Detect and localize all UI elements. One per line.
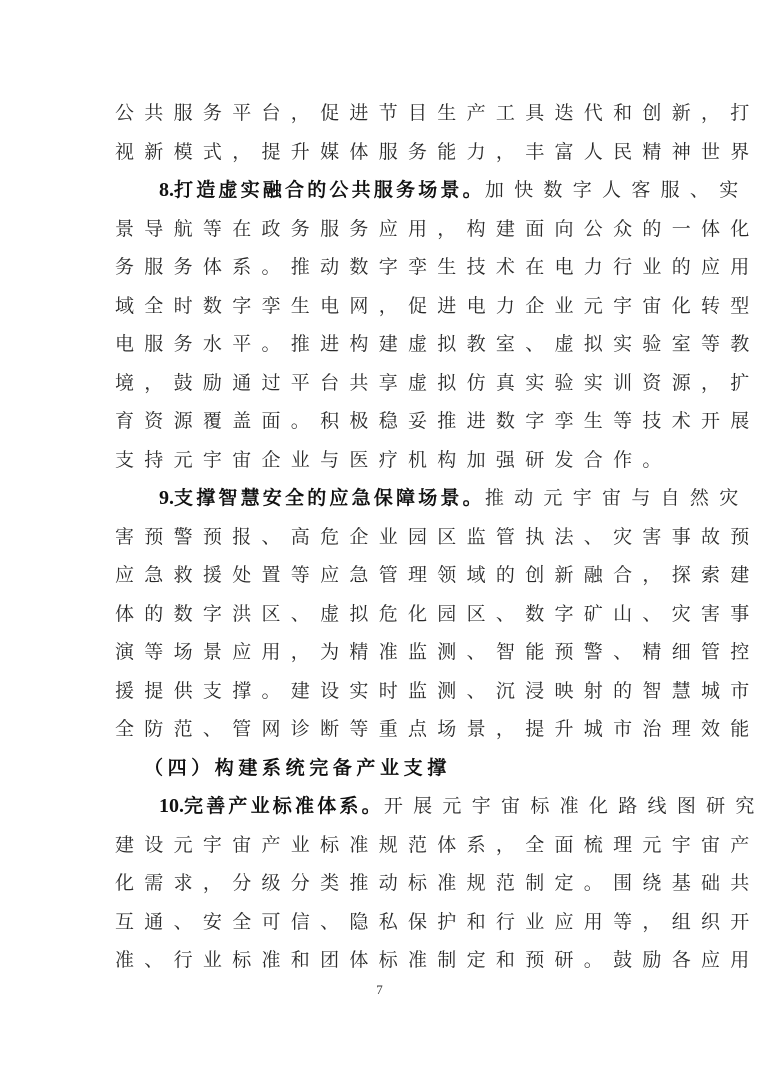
- paragraph-line: 务服务体系。推动数字孪生技术在电力行业的应用，构建全: [115, 248, 645, 287]
- item-title-text: 完善产业标准体系。: [184, 795, 384, 817]
- item-title-text: 打造虚实融合的公共服务场景。: [174, 179, 485, 201]
- item-body-text: 加快数字人客服、实: [485, 179, 749, 201]
- section-heading-text: （四）构建系统完备产业支撑: [144, 757, 451, 779]
- paragraph-line: 全防范、管网诊断等重点场景，提升城市治理效能。: [115, 710, 645, 749]
- paragraph-line: 视新模式，提升媒体服务能力，丰富人民精神世界。: [115, 133, 645, 172]
- paragraph-line: 支持元宇宙企业与医疗机构加强研发合作。: [115, 441, 645, 480]
- document-page: 公共服务平台，促进节目生产工具迭代和创新，打造未来电 视新模式，提升媒体服务能力…: [0, 0, 759, 1075]
- item-10-heading-line: 10.完善产业标准体系。开展元宇宙标准化路线图研究，: [115, 787, 645, 826]
- paragraph-line: 演等场景应用，为精准监测、智能预警、精细管控、科学救: [115, 633, 645, 672]
- item-body-text: 开展元宇宙标准化路线图研究，: [384, 795, 759, 817]
- item-8-heading-line: 8.打造虚实融合的公共服务场景。加快数字人客服、实: [115, 171, 645, 210]
- paragraph-line: 应急救援处置等应急管理领域的创新融合，探索建设虚实一: [115, 556, 645, 595]
- item-number: 8.: [159, 179, 174, 201]
- item-8-title: 8.打造虚实融合的公共服务场景。: [159, 179, 485, 201]
- paragraph-line: 准、行业标准和团体标准制定和预研。鼓励各应用行业推进: [115, 941, 645, 980]
- paragraph-line: 化需求，分级分类推动标准规范制定。围绕基础共性、互联: [115, 864, 645, 903]
- document-body: 公共服务平台，促进节目生产工具迭代和创新，打造未来电 视新模式，提升媒体服务能力…: [115, 94, 645, 980]
- paragraph-line: 援提供支撑。建设实时监测、沉浸映射的智慧城市，赋能安: [115, 672, 645, 711]
- paragraph-line: 域全时数字孪生电网，促进电力企业元宇宙化转型，提升供: [115, 287, 645, 326]
- item-9-heading-line: 9.支撑智慧安全的应急保障场景。推动元宇宙与自然灾: [115, 479, 645, 518]
- paragraph-line: 公共服务平台，促进节目生产工具迭代和创新，打造未来电: [115, 94, 645, 133]
- item-body-text: 推动元宇宙与自然灾: [485, 487, 749, 509]
- paragraph-line: 建设元宇宙产业标准规范体系，全面梳理元宇宙产业链标准: [115, 826, 645, 865]
- paragraph-line: 景导航等在政务服务应用，构建面向公众的一体化元宇宙政: [115, 210, 645, 249]
- paragraph-line: 体的数字洪区、虚拟危化园区、数字矿山、灾害事故模拟推: [115, 595, 645, 634]
- paragraph-line: 电服务水平。推进构建虚拟教室、虚拟实验室等教育教学环: [115, 325, 645, 364]
- item-number: 9.: [159, 487, 174, 509]
- paragraph-line: 害预警预报、高危企业园区监管执法、灾害事故预测推演、: [115, 518, 645, 557]
- page-number: 7: [0, 982, 759, 998]
- item-10-title: 10.完善产业标准体系。: [159, 795, 384, 817]
- section-heading: （四）构建系统完备产业支撑: [115, 749, 645, 788]
- paragraph-line: 育资源覆盖面。积极稳妥推进数字孪生等技术开展临床研究，: [115, 402, 645, 441]
- item-9-title: 9.支撑智慧安全的应急保障场景。: [159, 487, 485, 509]
- item-number: 10.: [159, 795, 184, 817]
- item-title-text: 支撑智慧安全的应急保障场景。: [174, 487, 485, 509]
- paragraph-line: 互通、安全可信、隐私保护和行业应用等，组织开展国家标: [115, 903, 645, 942]
- paragraph-line: 境，鼓励通过平台共享虚拟仿真实验实训资源，扩大优质教: [115, 364, 645, 403]
